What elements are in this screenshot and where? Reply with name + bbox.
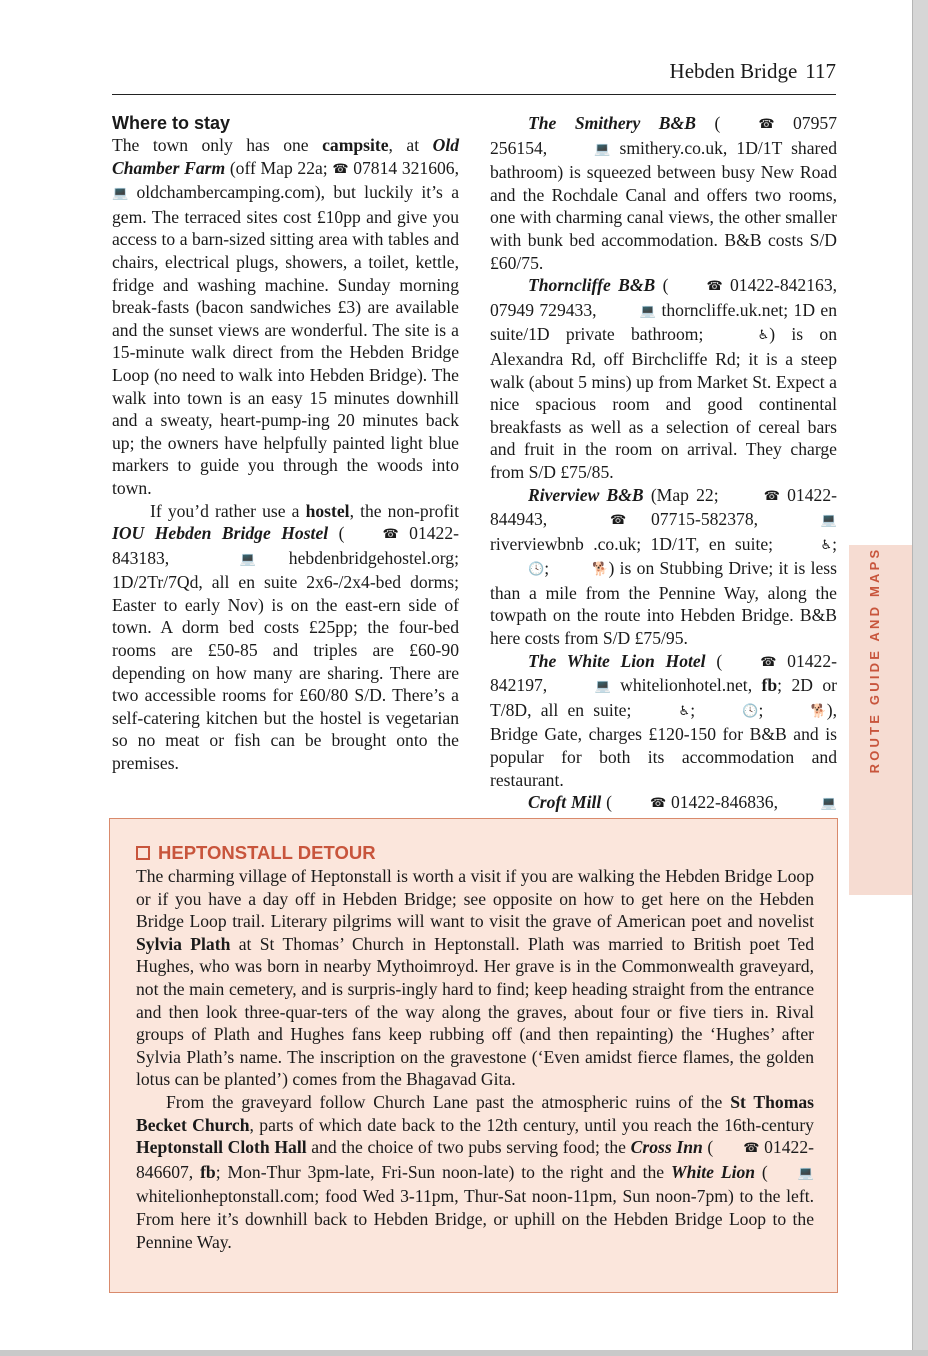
facebook-label: fb: [200, 1162, 216, 1182]
phone-icon: ☎: [572, 510, 626, 533]
thorncliffe-entry: Thorncliffe B&B (☎ 01422-842163, 07949 7…: [490, 274, 837, 483]
text: (off Map 22a;: [225, 158, 332, 178]
text: (: [328, 523, 344, 543]
campsite-paragraph: The town only has one campsite, at Old C…: [112, 134, 459, 500]
laptop-icon: 💻: [556, 139, 610, 162]
smithery-entry: The Smithery B&B (☎ 07957 256154, 💻 smit…: [490, 112, 837, 274]
bold-text: hostel: [306, 501, 350, 521]
text: hebdenbridgehostel.org; 1D/2Tr/7Qd, all …: [112, 548, 459, 773]
dog-icon: 🐕: [773, 701, 827, 724]
side-tab-label: ROUTE GUIDE AND MAPS: [861, 485, 889, 835]
text: (: [696, 113, 720, 133]
laptop-icon: 💻: [768, 1163, 814, 1186]
book-page: Hebden Bridge117 Where to stay The town …: [0, 0, 913, 1350]
wheelchair-icon: ♿: [720, 325, 770, 348]
text: 07715-582378,: [626, 509, 783, 529]
text: (: [755, 1162, 768, 1182]
bold-text: Heptonstall Cloth Hall: [136, 1137, 307, 1157]
phone-icon: ☎: [344, 524, 398, 547]
text: , the non-profit: [350, 501, 459, 521]
section-side-tab: ROUTE GUIDE AND MAPS: [849, 545, 912, 895]
place-name: The Smithery B&B: [528, 113, 696, 133]
bold-text: campsite: [322, 135, 388, 155]
text: whitelionheptonstall.com; food Wed 3-11p…: [136, 1186, 814, 1251]
place-name: Riverview B&B: [528, 485, 644, 505]
place-name: The White Lion Hotel: [528, 651, 706, 671]
laptop-icon: 💻: [783, 510, 837, 533]
wheelchair-icon: ♿: [641, 701, 691, 724]
hostel-paragraph: If you’d rather use a hostel, the non-pr…: [112, 500, 459, 775]
text: ;: [544, 558, 554, 578]
text: riverviewbnb .co.uk; 1D/1T, en suite;: [490, 534, 782, 554]
text: 01422-846836,: [666, 792, 783, 812]
text: ;: [690, 700, 704, 720]
place-name: Thorncliffe B&B: [528, 275, 655, 295]
phone-icon: ☎: [612, 793, 666, 816]
text: (: [706, 651, 723, 671]
text: (: [601, 792, 612, 812]
detour-paragraph-2: From the graveyard follow Church Lane pa…: [136, 1091, 814, 1253]
page-bottom-edge: [0, 1350, 928, 1356]
text: (: [703, 1137, 714, 1157]
running-header: Hebden Bridge117: [112, 58, 836, 95]
phone-icon: ☎: [720, 114, 774, 137]
phone-icon: ☎: [668, 276, 722, 299]
laptop-icon: 💻: [557, 676, 611, 699]
clock-icon: 🕓: [490, 559, 544, 582]
laptop-icon: 💻: [202, 549, 256, 572]
text: The charming village of Heptonstall is w…: [136, 866, 814, 931]
text: , at: [389, 135, 433, 155]
text: If you’d rather use a: [150, 501, 306, 521]
phone-icon: ☎: [713, 1138, 759, 1161]
text: ;: [832, 534, 837, 554]
dog-icon: 🐕: [554, 559, 608, 582]
text: oldchambercamping.com), but luckily it’s…: [112, 182, 459, 498]
phone-icon: ☎: [726, 486, 780, 509]
page-number: 117: [805, 59, 836, 83]
phone-icon: ☎: [722, 652, 776, 675]
facebook-label: fb: [762, 675, 778, 695]
text: (Map 22;: [644, 485, 726, 505]
laptop-icon: 💻: [783, 793, 837, 816]
text: , parts of which date back to the 12th c…: [250, 1115, 814, 1135]
text: (: [655, 275, 668, 295]
bold-text: Sylvia Plath: [136, 934, 230, 954]
text: ;: [758, 700, 772, 720]
laptop-icon: 💻: [112, 183, 128, 206]
text: ) is on Alexandra Rd, off Birchcliffe Rd…: [490, 324, 837, 482]
text: 07814 321606,: [349, 158, 459, 178]
place-name: Croft Mill: [528, 792, 601, 812]
text: at St Thomas’ Church in Heptonstall. Pla…: [136, 934, 814, 1090]
riverview-entry: Riverview B&B (Map 22; ☎ 01422-844943, ☎…: [490, 484, 837, 650]
text: The town only has one: [112, 135, 322, 155]
text: and the choice of two pubs serving food;…: [307, 1137, 631, 1157]
white-lion-entry: The White Lion Hotel (☎ 01422-842197, 💻 …: [490, 650, 837, 792]
laptop-icon: 💻: [602, 301, 656, 324]
detour-content: HEPTONSTALL DETOUR The charming village …: [136, 841, 814, 1253]
clock-icon: 🕓: [704, 701, 758, 724]
text: whitelionhotel.net,: [611, 675, 762, 695]
heptonstall-detour-box: HEPTONSTALL DETOUR The charming village …: [109, 818, 838, 1293]
right-column: The Smithery B&B (☎ 07957 256154, 💻 smit…: [490, 112, 837, 838]
wheelchair-icon: ♿: [782, 535, 832, 558]
place-name: White Lion: [671, 1162, 755, 1182]
phone-icon: ☎: [332, 159, 348, 182]
left-column: Where to stay The town only has one camp…: [112, 112, 459, 775]
detour-paragraph-1: The charming village of Heptonstall is w…: [136, 865, 814, 1091]
detour-title: HEPTONSTALL DETOUR: [136, 841, 814, 865]
place-name: Cross Inn: [631, 1137, 703, 1157]
section-heading-where-to-stay: Where to stay: [112, 112, 459, 134]
header-title: Hebden Bridge: [670, 59, 798, 83]
detour-title-text: HEPTONSTALL DETOUR: [158, 841, 376, 865]
text: From the graveyard follow Church Lane pa…: [166, 1092, 730, 1112]
checkbox-square-icon: [136, 846, 150, 860]
text: ; Mon-Thur 3pm-late, Fri-Sun noon-late) …: [216, 1162, 671, 1182]
place-name: IOU Hebden Bridge Hostel: [112, 523, 328, 543]
